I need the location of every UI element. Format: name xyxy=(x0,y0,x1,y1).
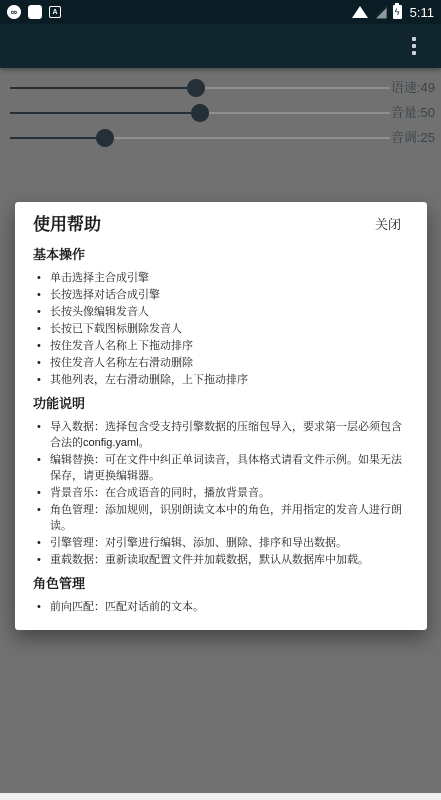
slider-thumb[interactable] xyxy=(191,104,209,122)
section-features: 功能说明 导入数据：选择包含受支持引擎数据的压缩包导入，要求第一层必须包含合法的… xyxy=(33,396,410,568)
no-signal-icon xyxy=(374,6,387,19)
list-item: 按住发音人名称上下拖动排序 xyxy=(33,338,410,354)
slider-thumb[interactable] xyxy=(96,129,114,147)
letter-a-notification-icon: A xyxy=(49,6,61,18)
help-list: 导入数据：选择包含受支持引擎数据的压缩包导入，要求第一层必须包含合法的confi… xyxy=(33,419,410,568)
help-dialog: 使用帮助 关闭 基本操作 单击选择主合成引擎 长按选择对话合成引擎 长按头像编辑… xyxy=(15,202,427,630)
close-button[interactable]: 关闭 xyxy=(375,216,401,234)
list-item: 长按选择对话合成引擎 xyxy=(33,287,410,303)
section-basic-operations: 基本操作 单击选择主合成引擎 长按选择对话合成引擎 长按头像编辑发音人 长按已下… xyxy=(33,247,410,388)
list-item: 角色管理：添加规则，识别朗读文本中的角色，并用指定的发音人进行朗读。 xyxy=(33,502,410,534)
help-list: 单击选择主合成引擎 长按选择对话合成引擎 长按头像编辑发音人 长按已下载图标删除… xyxy=(33,270,410,388)
section-title: 基本操作 xyxy=(33,247,410,262)
slider-track[interactable] xyxy=(10,87,390,89)
section-title: 功能说明 xyxy=(33,396,410,411)
list-item: 其他列表，左右滑动删除，上下拖动排序 xyxy=(33,372,410,388)
status-bar-notification-icons: ∞ A xyxy=(7,5,61,19)
slider-speech-rate: 语速:49 xyxy=(0,76,441,100)
overflow-menu-icon[interactable] xyxy=(403,35,425,57)
list-item: 长按头像编辑发音人 xyxy=(33,304,410,320)
wifi-icon xyxy=(352,6,368,18)
help-list: 前向匹配：匹配对话前的文本。 xyxy=(33,599,410,615)
slider-thumb[interactable] xyxy=(187,79,205,97)
section-role-management: 角色管理 前向匹配：匹配对话前的文本。 xyxy=(33,576,410,615)
list-item: 引擎管理：对引擎进行编辑、添加、删除、排序和导出数据。 xyxy=(33,535,410,551)
slider-pitch: 音调:25 xyxy=(0,126,441,150)
slider-fill xyxy=(10,87,196,89)
list-item: 单击选择主合成引擎 xyxy=(33,270,410,286)
list-item: 背景音乐：在合成语音的同时，播放背景音。 xyxy=(33,485,410,501)
battery-charging-icon: ϟ xyxy=(393,5,402,19)
list-item: 长按已下载图标删除发音人 xyxy=(33,321,410,337)
slider-label: 语速:49 xyxy=(391,79,435,97)
rounded-square-notification-icon xyxy=(28,5,42,19)
slider-label: 音量:50 xyxy=(391,104,435,122)
slider-fill xyxy=(10,112,200,114)
slider-track[interactable] xyxy=(10,112,390,114)
list-item: 编辑替换：可在文件中纠正单词读音，具体格式请看文件示例。如果无法保存，请更换编辑… xyxy=(33,452,410,484)
section-title: 角色管理 xyxy=(33,576,410,591)
list-item: 按住发音人名称左右滑动删除 xyxy=(33,355,410,371)
slider-track[interactable] xyxy=(10,137,390,139)
status-bar: ∞ A ϟ 5:11 xyxy=(0,0,441,24)
list-item: 重载数据：重新读取配置文件并加载数据，默认从数据库中加载。 xyxy=(33,552,410,568)
list-item: 前向匹配：匹配对话前的文本。 xyxy=(33,599,410,615)
navigation-bar-strip xyxy=(0,793,441,800)
slider-fill xyxy=(10,137,105,139)
status-bar-system-icons: ϟ 5:11 xyxy=(352,5,434,20)
list-item: 导入数据：选择包含受支持引擎数据的压缩包导入，要求第一层必须包含合法的confi… xyxy=(33,419,410,451)
app-bar xyxy=(0,24,441,68)
dialog-title: 使用帮助 xyxy=(33,214,101,236)
slider-volume: 音量:50 xyxy=(0,101,441,125)
app-logo-icon: ∞ xyxy=(7,5,21,19)
clock-text: 5:11 xyxy=(410,5,434,20)
dialog-header: 使用帮助 关闭 xyxy=(33,214,410,236)
slider-label: 音调:25 xyxy=(391,129,435,147)
